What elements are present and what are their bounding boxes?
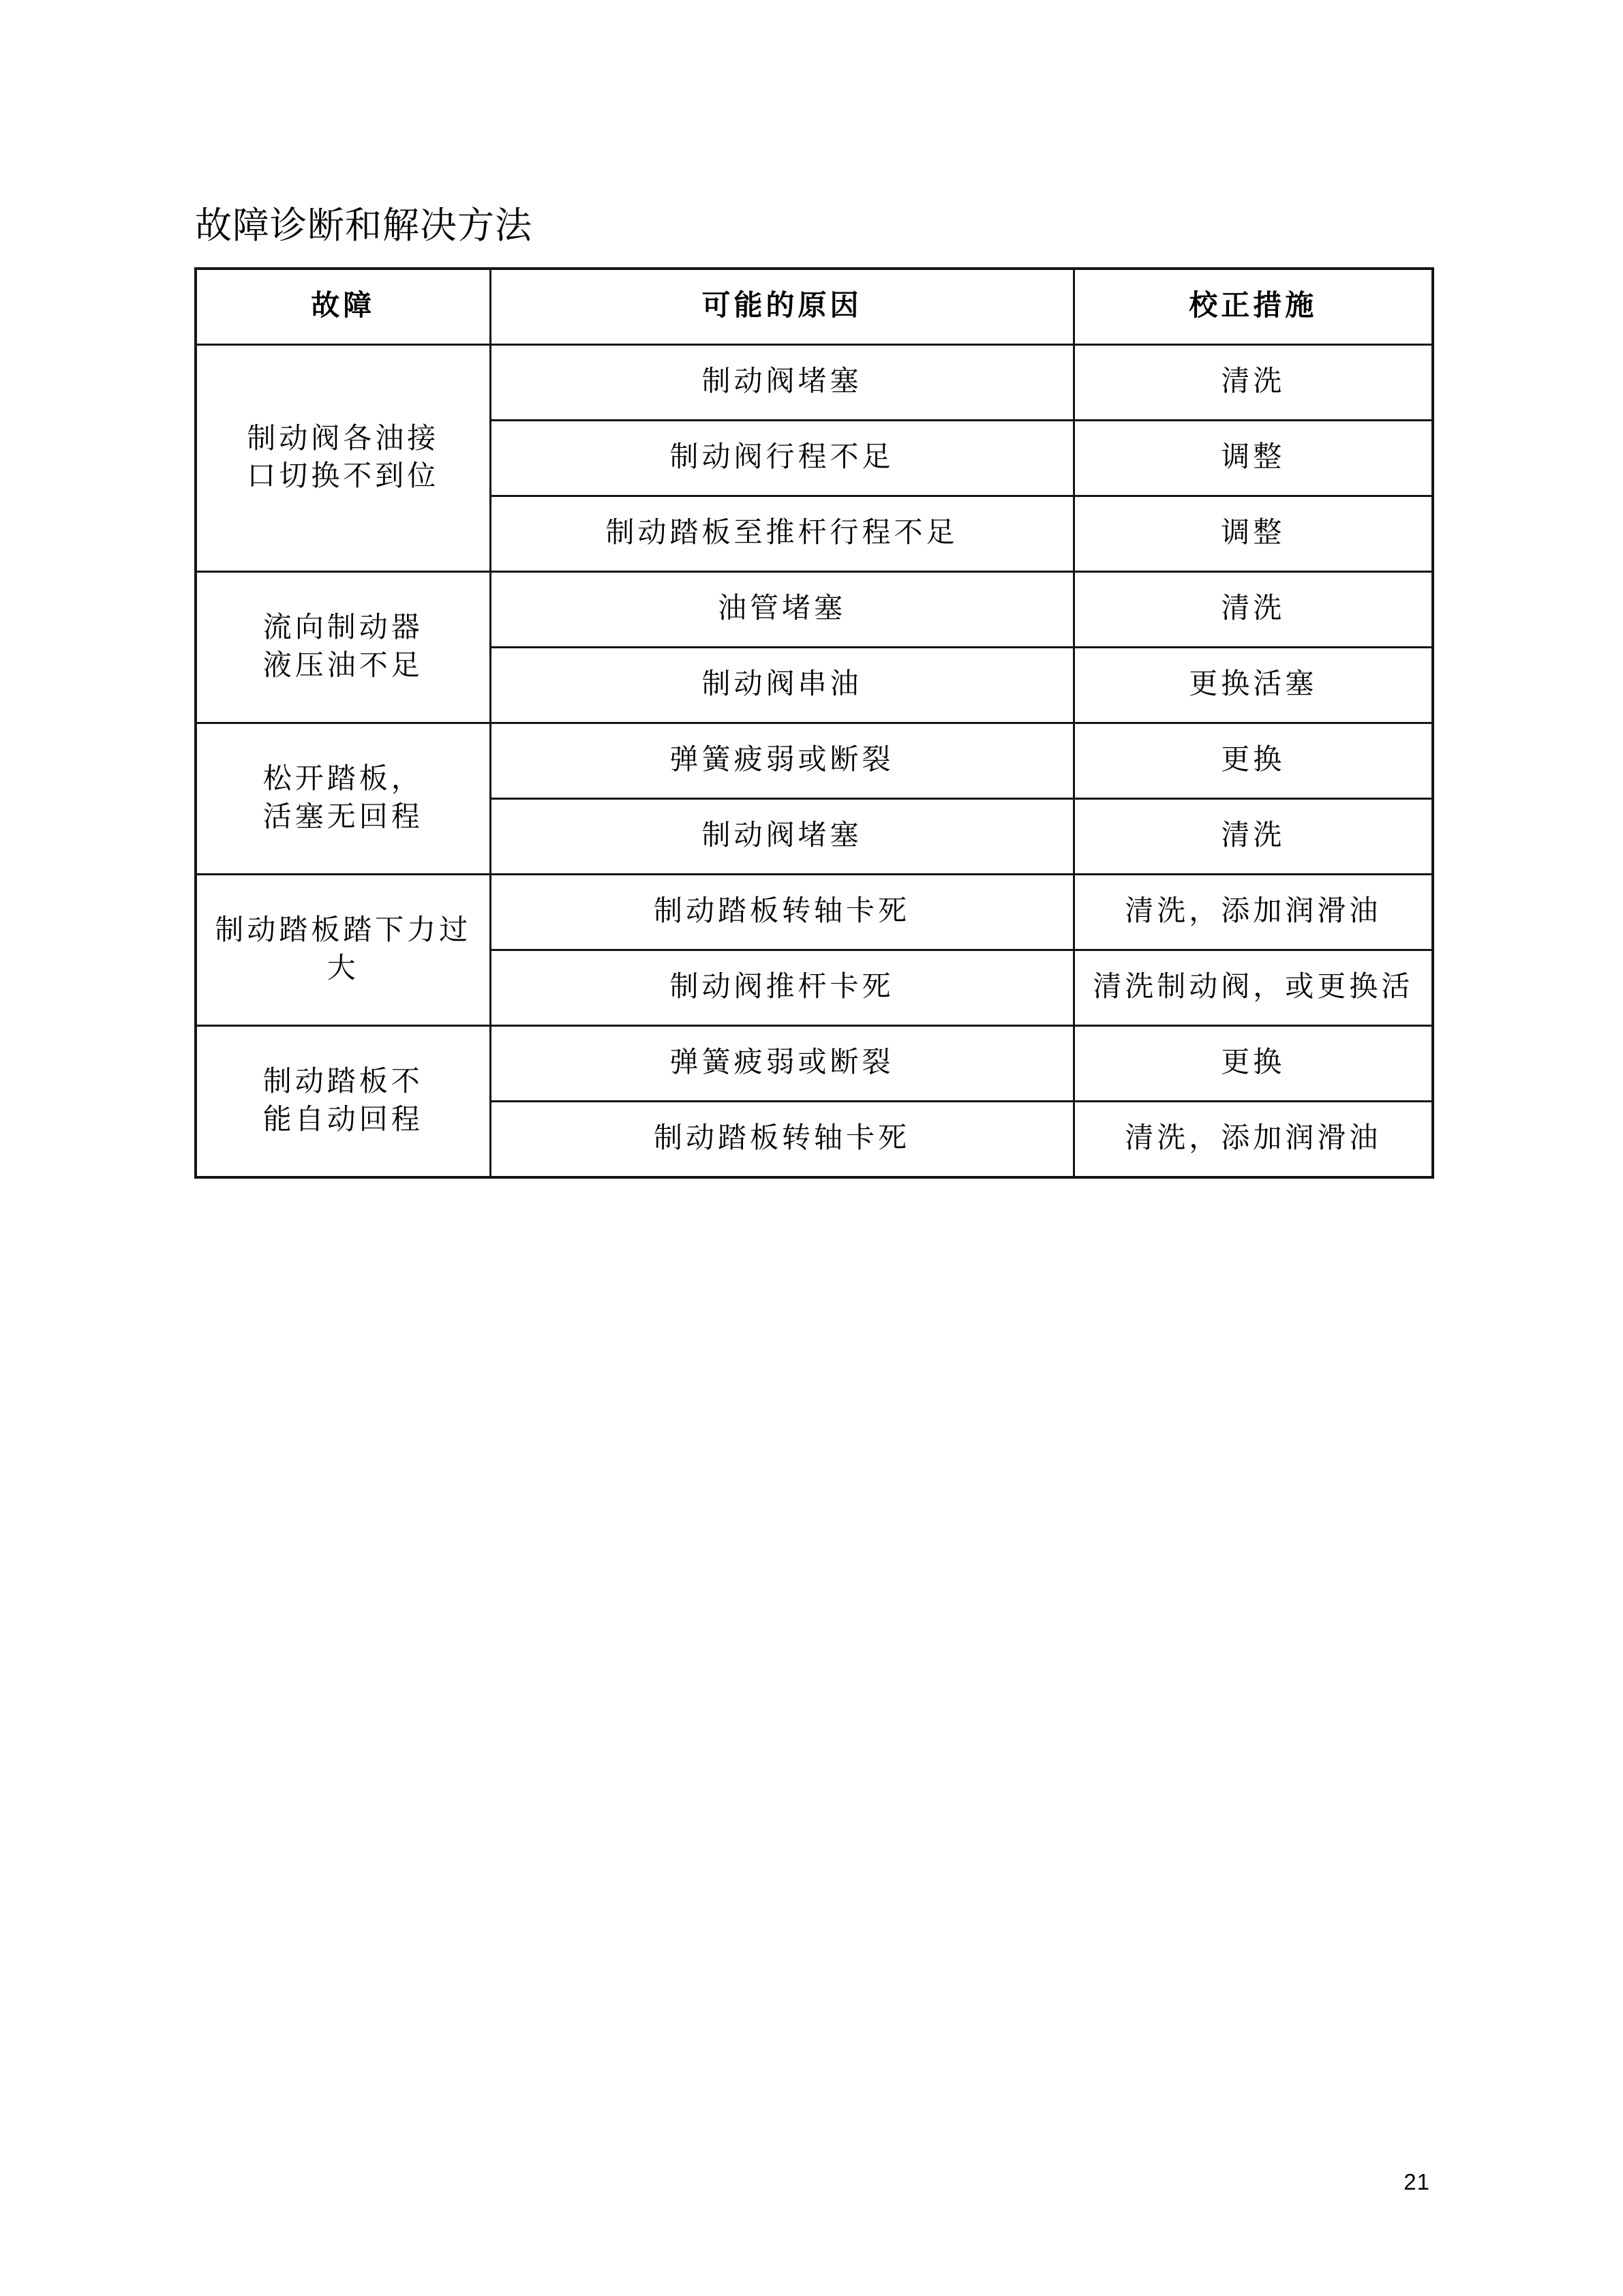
fault-cell: 松开踏板， 活塞无回程 [196, 723, 490, 875]
action-cell: 调整 [1074, 421, 1433, 496]
action-cell: 更换 [1074, 1026, 1433, 1102]
page-number: 21 [1089, 2169, 1430, 2195]
fault-diagnosis-table: 故障 可能的原因 校正措施 制动阀各油接 口切换不到位 制动阀堵塞 清洗 制动阀… [194, 267, 1434, 1179]
table-header-fault: 故障 [196, 269, 490, 345]
action-cell: 清洗 [1074, 345, 1433, 421]
page-title: 故障诊断和解决方法 [195, 196, 532, 249]
cause-cell: 油管堵塞 [490, 572, 1074, 648]
table-row: 制动踏板不 能自动回程 弹簧疲弱或断裂 更换 [196, 1026, 1433, 1102]
action-cell: 清洗制动阀，或更换活 [1074, 950, 1433, 1026]
action-cell: 更换活塞 [1074, 648, 1433, 723]
cause-cell: 弹簧疲弱或断裂 [490, 1026, 1074, 1102]
action-cell: 更换 [1074, 723, 1433, 799]
cause-cell: 制动阀堵塞 [490, 799, 1074, 875]
table-row: 松开踏板， 活塞无回程 弹簧疲弱或断裂 更换 [196, 723, 1433, 799]
fault-cell: 制动阀各油接 口切换不到位 [196, 345, 490, 572]
action-cell: 清洗，添加润滑油 [1074, 1102, 1433, 1178]
table-header-action: 校正措施 [1074, 269, 1433, 345]
table-header-row: 故障 可能的原因 校正措施 [196, 269, 1433, 345]
document-page: 故障诊断和解决方法 故障 可能的原因 校正措施 制动阀各油接 口切换不到位 制动… [0, 0, 1623, 2296]
cause-cell: 制动阀推杆卡死 [490, 950, 1074, 1026]
fault-cell: 制动踏板踏下力过大 [196, 875, 490, 1026]
fault-cell: 制动踏板不 能自动回程 [196, 1026, 490, 1178]
cause-cell: 弹簧疲弱或断裂 [490, 723, 1074, 799]
table-header-cause: 可能的原因 [490, 269, 1074, 345]
action-cell: 清洗，添加润滑油 [1074, 875, 1433, 950]
cause-cell: 制动踏板转轴卡死 [490, 875, 1074, 950]
table-row: 流向制动器 液压油不足 油管堵塞 清洗 [196, 572, 1433, 648]
action-cell: 清洗 [1074, 799, 1433, 875]
table-row: 制动阀各油接 口切换不到位 制动阀堵塞 清洗 [196, 345, 1433, 421]
action-cell: 清洗 [1074, 572, 1433, 648]
table-row: 制动踏板踏下力过大 制动踏板转轴卡死 清洗，添加润滑油 [196, 875, 1433, 950]
cause-cell: 制动踏板至推杆行程不足 [490, 496, 1074, 572]
cause-cell: 制动阀串油 [490, 648, 1074, 723]
cause-cell: 制动踏板转轴卡死 [490, 1102, 1074, 1178]
fault-cell: 流向制动器 液压油不足 [196, 572, 490, 723]
cause-cell: 制动阀行程不足 [490, 421, 1074, 496]
action-cell: 调整 [1074, 496, 1433, 572]
cause-cell: 制动阀堵塞 [490, 345, 1074, 421]
